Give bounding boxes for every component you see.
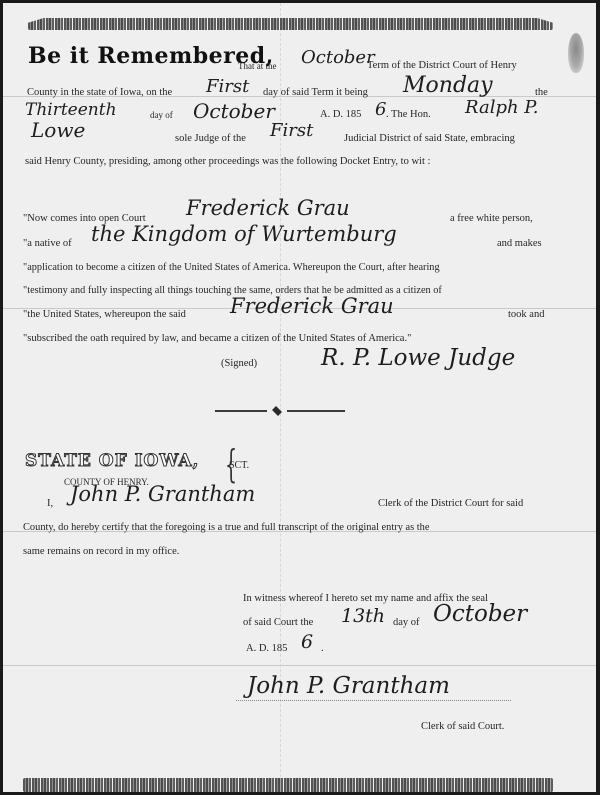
print-text: . <box>321 643 324 655</box>
handwritten-month: October <box>301 47 375 68</box>
print-text: A. D. 185 <box>246 643 287 655</box>
handwritten-origin: the Kingdom of Wurtemburg <box>91 222 397 246</box>
handwritten-day: 13th <box>341 605 385 627</box>
print-text: "subscribed the oath required by law, an… <box>23 333 411 345</box>
signature-line <box>236 700 511 701</box>
print-text: County, do hereby certify that the foreg… <box>23 522 429 534</box>
handwritten-weekday: Monday <box>403 73 493 98</box>
fold-line <box>3 665 596 666</box>
print-text: County in the state of Iowa, on the <box>27 87 172 99</box>
handwritten-applicant-name: Frederick Grau <box>186 196 350 220</box>
sct-label: SCT. <box>229 460 249 472</box>
state-heading: STATE OF IOWA, <box>25 451 199 471</box>
bottom-ornament-icon <box>23 778 553 792</box>
print-text: . The Hon. <box>386 109 431 121</box>
print-text: "a native of <box>23 238 72 250</box>
print-text: said Henry County, presiding, among othe… <box>25 156 430 168</box>
handwritten-year-digit: 6 <box>375 99 386 120</box>
print-text: day of <box>393 617 420 629</box>
print-text: A. D. 185 <box>320 109 361 121</box>
handwritten-year-digit: 6 <box>301 631 313 653</box>
clerk-label: Clerk of said Court. <box>421 721 504 733</box>
handwritten-day: First <box>206 76 249 97</box>
clerk-signature: John P. Grantham <box>247 673 450 699</box>
handwritten-judge-name: Ralph P. <box>465 97 538 118</box>
handwritten-district: First <box>270 120 313 141</box>
print-text: "application to become a citizen of the … <box>23 262 440 274</box>
handwritten-judge-surname: Lowe <box>31 118 85 142</box>
print-text: I, <box>47 498 53 510</box>
handwritten-month: October <box>193 99 275 123</box>
handwritten-applicant-name: Frederick Grau <box>230 294 394 318</box>
naturalization-certificate: Be it Remembered, That at the October Te… <box>3 3 596 792</box>
print-text: day of <box>150 109 173 121</box>
print-text: and makes <box>497 238 542 250</box>
top-ornament-icon <box>28 18 553 30</box>
handwritten-month: October <box>433 601 527 627</box>
divider-ornament-icon <box>215 407 345 415</box>
ink-stain <box>568 33 584 73</box>
print-text: of said Court the <box>243 617 313 629</box>
print-text: Clerk of the District Court for said <box>378 498 523 510</box>
print-text: "the United States, whereupon the said <box>23 309 186 321</box>
print-text: a free white person, <box>450 213 533 225</box>
print-text: Term of the District Court of Henry <box>367 60 517 72</box>
print-text: That at the <box>238 60 276 72</box>
print-text: Judicial District of said State, embraci… <box>344 133 515 145</box>
document-title: Be it Remembered, <box>28 43 274 69</box>
handwritten-clerk-name: John P. Grantham <box>70 482 255 506</box>
signed-label: (Signed) <box>221 358 257 370</box>
print-text: same remains on record in my office. <box>23 546 179 558</box>
handwritten-date: Thirteenth <box>25 100 117 120</box>
print-text: day of said Term it being <box>263 87 368 99</box>
judge-signature: R. P. Lowe Judge <box>321 345 515 371</box>
print-text: took and <box>508 309 544 321</box>
print-text: sole Judge of the <box>175 133 246 145</box>
